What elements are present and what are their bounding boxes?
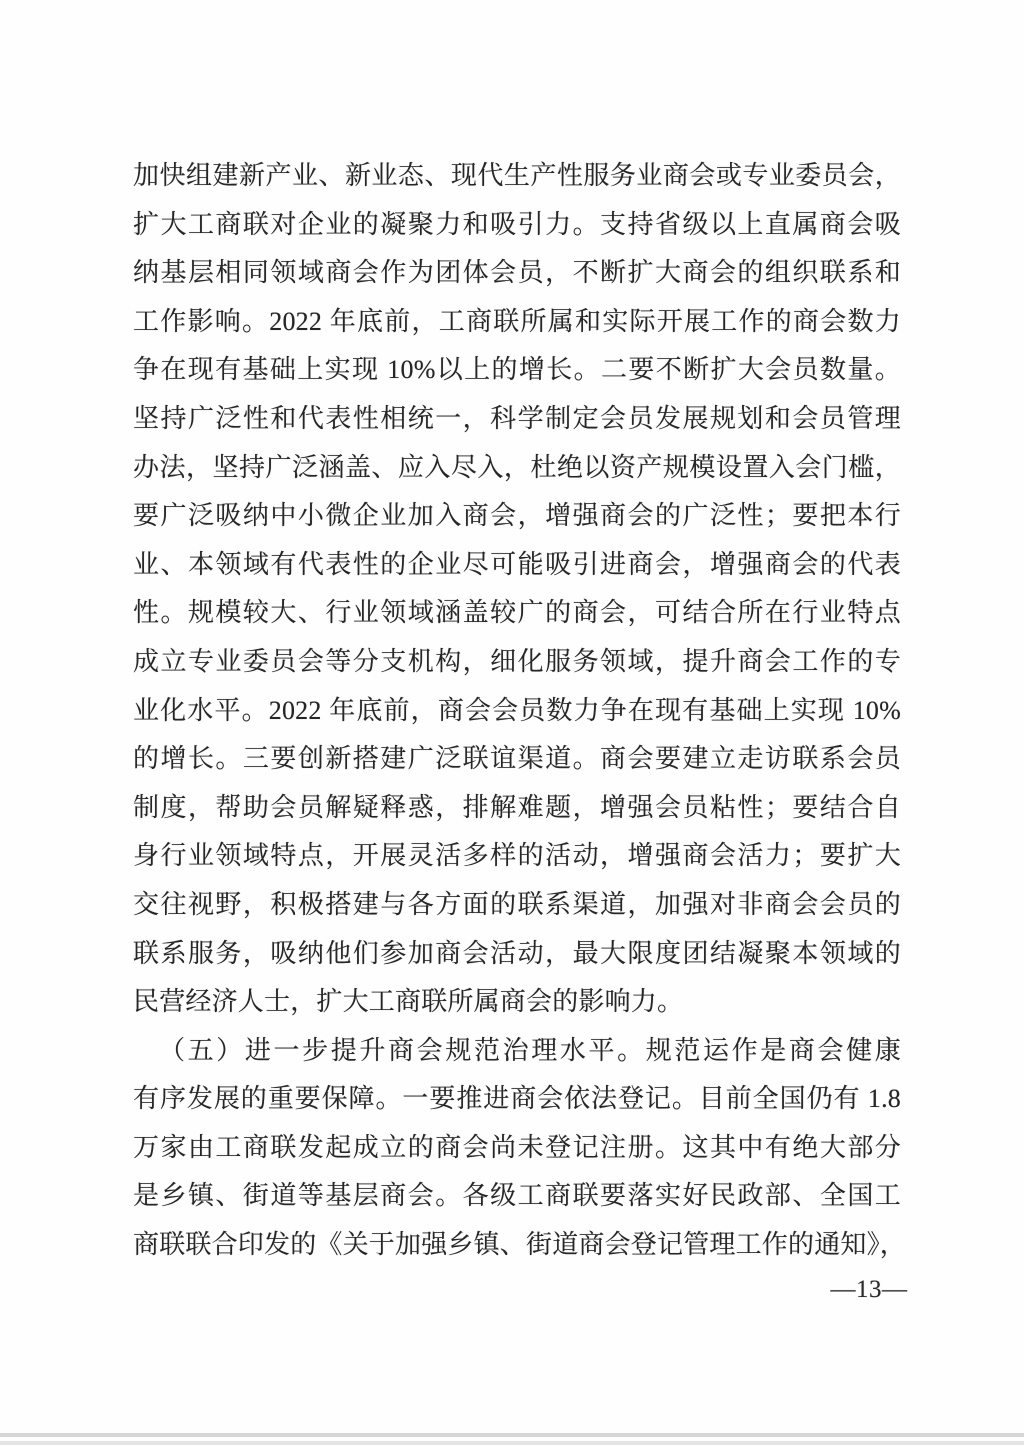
text-line-16: 交往视野，积极搭建与各方面的联系渠道，加强对非商会会员的 — [133, 881, 901, 930]
text-line-20: 有序发展的重要保障。一要推进商会依法登记。目前全国仍有 1.8 — [133, 1075, 901, 1124]
text-line-4: 工作影响。2022 年底前，工商联所属和实际开展工作的商会数力 — [133, 298, 901, 347]
text-line-15: 身行业领域特点，开展灵活多样的活动，增强商会活力；要扩大 — [133, 832, 901, 881]
text-line-7: 办法，坚持广泛涵盖、应入尽入，杜绝以资产规模设置入会门槛， — [133, 444, 901, 493]
document-page: 加快组建新产业、新业态、现代生产性服务业商会或专业委员会， 扩大工商联对企业的凝… — [0, 0, 1024, 1446]
text-line-6: 坚持广泛性和代表性相统一，科学制定会员发展规划和会员管理 — [133, 395, 901, 444]
document-body: 加快组建新产业、新业态、现代生产性服务业商会或专业委员会， 扩大工商联对企业的凝… — [133, 152, 901, 1270]
text-line-5: 争在现有基础上实现 10%以上的增长。二要不断扩大会员数量。 — [133, 346, 901, 395]
text-line-11: 成立专业委员会等分支机构，细化服务领域，提升商会工作的专 — [133, 638, 901, 687]
scan-edge-line-bottom — [0, 1441, 1024, 1445]
text-line-3: 纳基层相同领域商会作为团体会员，不断扩大商会的组织联系和 — [133, 249, 901, 298]
scan-edge-line-top — [0, 1433, 1024, 1437]
text-line-10: 性。规模较大、行业领域涵盖较广的商会，可结合所在行业特点 — [133, 589, 901, 638]
text-line-14: 制度，帮助会员解疑释惑，排解难题，增强会员粘性；要结合自 — [133, 784, 901, 833]
page-number: —13— — [824, 1276, 914, 1304]
text-line-17: 联系服务，吸纳他们参加商会活动，最大限度团结凝聚本领域的 — [133, 930, 901, 979]
text-line-23: 商联联合印发的《关于加强乡镇、街道商会登记管理工作的通知》， — [133, 1221, 901, 1270]
text-line-13: 的增长。三要创新搭建广泛联谊渠道。商会要建立走访联系会员 — [133, 735, 901, 784]
text-line-9: 业、本领域有代表性的企业尽可能吸引进商会，增强商会的代表 — [133, 541, 901, 590]
text-line-19-section-heading: （五）进一步提升商会规范治理水平。规范运作是商会健康 — [133, 1027, 901, 1076]
text-line-12: 业化水平。2022 年底前，商会会员数力争在现有基础上实现 10% — [133, 687, 901, 736]
text-line-8: 要广泛吸纳中小微企业加入商会，增强商会的广泛性；要把本行 — [133, 492, 901, 541]
text-line-22: 是乡镇、街道等基层商会。各级工商联要落实好民政部、全国工 — [133, 1172, 901, 1221]
text-line-21: 万家由工商联发起成立的商会尚未登记注册。这其中有绝大部分 — [133, 1124, 901, 1173]
text-line-2: 扩大工商联对企业的凝聚力和吸引力。支持省级以上直属商会吸 — [133, 201, 901, 250]
text-line-18-paragraph-end: 民营经济人士，扩大工商联所属商会的影响力。 — [133, 978, 901, 1027]
text-line-1: 加快组建新产业、新业态、现代生产性服务业商会或专业委员会， — [133, 152, 901, 201]
